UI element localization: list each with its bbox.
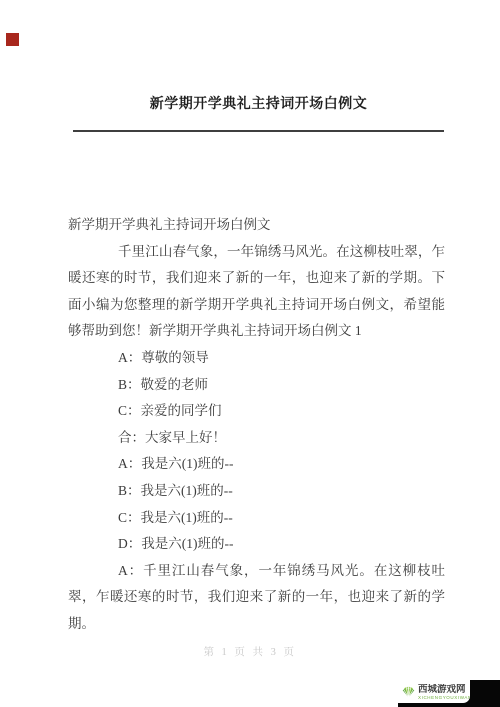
paragraph: A：千里江山春气象，一年锦绣马风光。在这柳枝吐翠，乍暖还寒的时节，我们迎来了新的… [68,558,445,638]
watermark-label: 西城游戏网 XICHENGYOUXIWANG [398,680,470,703]
paragraph: 合：大家早上好！ [68,425,445,452]
paragraph: A：我是六(1)班的-- [68,451,445,478]
logo-square [6,33,19,46]
paragraph: C：亲爱的同学们 [68,398,445,425]
paragraph: D：我是六(1)班的-- [68,531,445,558]
page-number-footer: 第 1 页 共 3 页 [0,644,500,659]
paragraph: 千里江山春气象，一年锦绣马风光。在这柳枝吐翠，乍暖还寒的时节，我们迎来了新的一年… [68,239,445,345]
watermark-text: 西城游戏网 XICHENGYOUXIWANG [418,684,470,700]
watermark-site-name: 西城游戏网 [418,684,470,695]
fan-icon [400,683,417,700]
paragraph: 新学期开学典礼主持词开场白例文 [68,212,445,239]
paragraph: B：我是六(1)班的-- [68,478,445,505]
paragraph: C：我是六(1)班的-- [68,505,445,532]
watermark-tagline: XICHENGYOUXIWANG [418,695,470,700]
page-title: 新学期开学典礼主持词开场白例文 [73,95,444,115]
paragraph: A：尊敬的领导 [68,345,445,372]
site-watermark: 西城游戏网 XICHENGYOUXIWANG [398,680,500,707]
body-paragraphs: 新学期开学典礼主持词开场白例文千里江山春气象，一年锦绣马风光。在这柳枝吐翠，乍暖… [68,212,445,638]
title-divider [73,130,444,132]
document-page: 新学期开学典礼主持词开场白例文 新学期开学典礼主持词开场白例文千里江山春气象，一… [0,0,500,707]
paragraph: B：敬爱的老师 [68,372,445,399]
